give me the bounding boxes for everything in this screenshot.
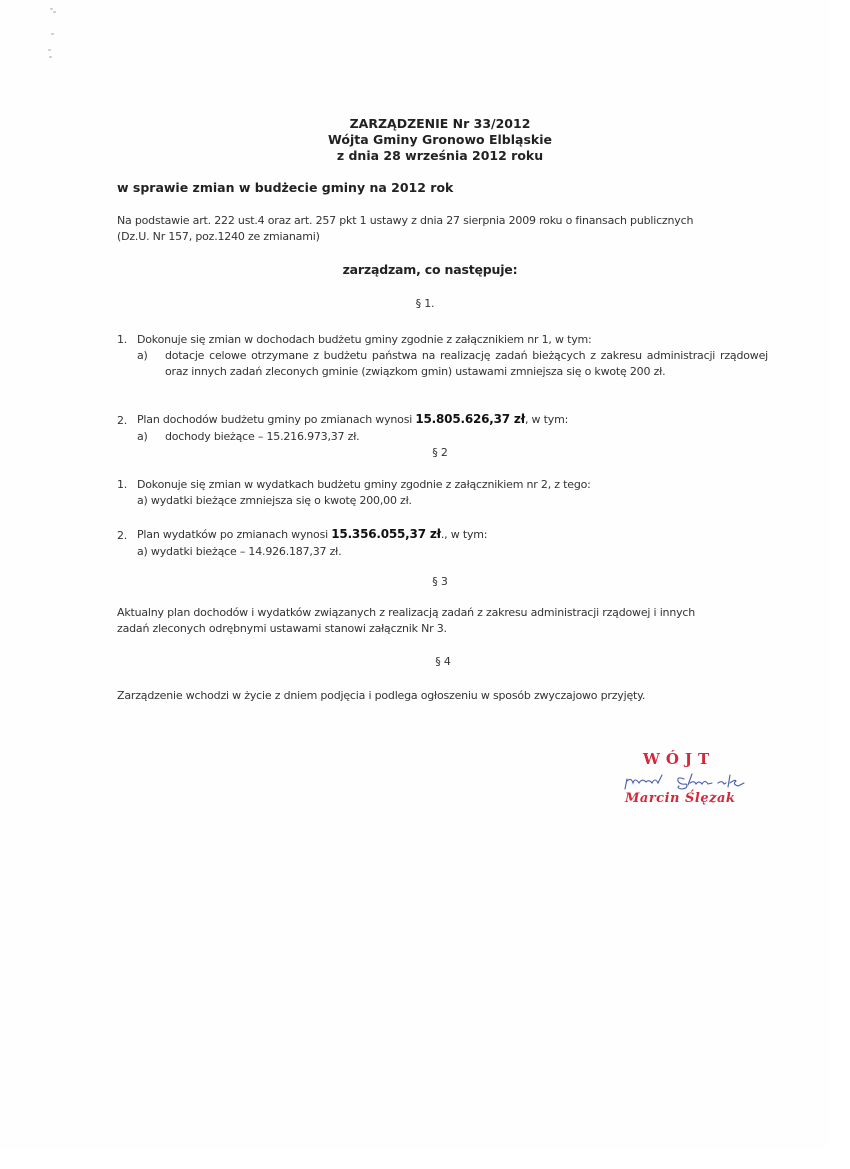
section-1-heading: § 1. (395, 296, 455, 312)
scan-edge-right (830, 0, 850, 1169)
s2-item1-number: 1. (117, 477, 127, 493)
section-3-heading: § 3 (410, 574, 470, 590)
s2-item1-text: Dokonuje się zmian w wydatkach budżetu g… (137, 477, 591, 493)
stamp-title: WÓJT (643, 750, 715, 768)
expenditure-plan-amount: 15.356.055,37 zł (331, 527, 441, 541)
section-4-heading: § 4 (413, 654, 473, 670)
stamp-name: Marcin Ślęzak (625, 791, 735, 806)
s3-line-2: zadań zleconych odrębnymi ustawami stano… (117, 621, 447, 637)
s2-item2-number: 2. (117, 528, 127, 544)
document-date: z dnia 28 września 2012 roku (300, 148, 580, 164)
s1-item1-text: Dokonuje się zmian w dochodach budżetu g… (137, 332, 592, 348)
s1-item2-text: Plan dochodów budżetu gminy po zmianach … (137, 411, 568, 428)
s1-item2a-label: a) (137, 429, 148, 445)
section-2-heading: § 2 (410, 445, 470, 461)
s3-line-1: Aktualny plan dochodów i wydatków związa… (117, 605, 695, 621)
s4-text: Zarządzenie wchodzi w życie z dniem podj… (117, 688, 645, 704)
scanned-page: ZARZĄDZENIE Nr 33/2012 Wójta Gminy Grono… (0, 0, 830, 1150)
preamble-line-1: Na podstawie art. 222 ust.4 oraz art. 25… (117, 213, 693, 229)
s2-item1a-text: a) wydatki bieżące zmniejsza się o kwotę… (137, 493, 412, 509)
s1-item2-number: 2. (117, 413, 127, 429)
preamble-line-2: (Dz.U. Nr 157, poz.1240 ze zmianami) (117, 229, 320, 245)
document-issuer: Wójta Gminy Gronowo Elbląskie (300, 132, 580, 148)
s1-item1a-label: a) (137, 348, 148, 364)
revenue-plan-amount: 15.805.626,37 zł (415, 412, 525, 426)
ordering-phrase: zarządzam, co następuje: (300, 262, 560, 278)
document-title: ZARZĄDZENIE Nr 33/2012 (300, 116, 580, 132)
scan-specks (45, 5, 65, 55)
s1-item1a-text: dotacje celowe otrzymane z budżetu państ… (165, 348, 768, 380)
scan-edge-bottom (0, 1150, 850, 1169)
s2-item2-text: Plan wydatków po zmianach wynosi 15.356.… (137, 526, 487, 543)
s1-item2a-text: dochody bieżące – 15.216.973,37 zł. (165, 429, 359, 445)
s1-item1-number: 1. (117, 332, 127, 348)
s2-item2a-text: a) wydatki bieżące – 14.926.187,37 zł. (137, 544, 341, 560)
document-subject: w sprawie zmian w budżecie gminy na 2012… (117, 180, 453, 195)
handwritten-signature (622, 771, 782, 793)
